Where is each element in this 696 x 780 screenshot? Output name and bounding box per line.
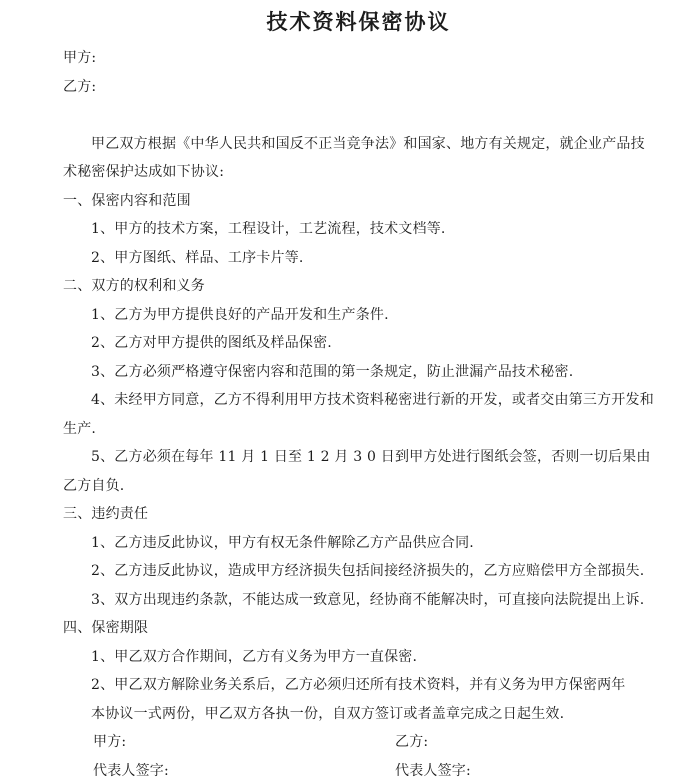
clause-2-2: 2、乙方对甲方提供的图纸及样品保密.: [63, 329, 654, 358]
blank-line: [63, 101, 654, 130]
clause-3-1: 1、乙方违反此协议，甲方有权无条件解除乙方产品供应合同.: [63, 529, 654, 558]
clause-3-3: 3、双方出现违约条款，不能达成一致意见，经协商不能解决时，可直接向法院提出上诉.: [63, 586, 654, 615]
document-title: 技术资料保密协议: [63, 6, 654, 38]
clause-2-5: 5、乙方必须在每年 11 月 1 日至 1 2 月 3 0 日到甲方处进行图纸会…: [63, 443, 654, 500]
section-2-heading: 二、双方的权利和义务: [63, 272, 654, 301]
closing-line: 本协议一式两份，甲乙双方各执一份，自双方签订或者盖章完成之日起生效.: [63, 700, 654, 729]
clause-4-1: 1、甲乙双方合作期间，乙方有义务为甲方一直保密.: [63, 643, 654, 672]
signature-parties-row: 甲方: 乙方:: [63, 728, 654, 757]
section-1-heading: 一、保密内容和范围: [63, 187, 654, 216]
party-a-label: 甲方:: [63, 44, 654, 73]
clause-2-4: 4、未经甲方同意，乙方不得利用甲方技术资料秘密进行新的开发，或者交由第三方开发和…: [63, 386, 654, 443]
party-b-label: 乙方:: [63, 73, 654, 102]
clause-2-3: 3、乙方必须严格遵守保密内容和范围的第一条规定，防止泄漏产品技术秘密.: [63, 358, 654, 387]
signature-rep-b-label: 代表人签字:: [395, 757, 471, 780]
document-page: 技术资料保密协议 甲方: 乙方: 甲乙双方根据《中华人民共和国反不正当竞争法》和…: [0, 0, 696, 780]
clause-1-2: 2、甲方图纸、样品、工序卡片等.: [63, 244, 654, 273]
signature-representatives-row: 代表人签字: 代表人签字:: [63, 757, 654, 780]
section-4-heading: 四、保密期限: [63, 614, 654, 643]
signature-party-b-label: 乙方:: [395, 728, 428, 757]
signature-party-a-label: 甲方:: [93, 728, 395, 757]
signature-rep-a-label: 代表人签字:: [93, 757, 395, 780]
section-3-heading: 三、违约责任: [63, 500, 654, 529]
clause-1-1: 1、甲方的技术方案，工程设计，工艺流程，技术文档等.: [63, 215, 654, 244]
clause-4-2: 2、甲乙双方解除业务关系后，乙方必须归还所有技术资料，并有义务为甲方保密两年: [63, 671, 654, 700]
clause-3-2: 2、乙方违反此协议，造成甲方经济损失包括间接经济损失的，乙方应赔偿甲方全部损失.: [63, 557, 654, 586]
intro-paragraph: 甲乙双方根据《中华人民共和国反不正当竞争法》和国家、地方有关规定，就企业产品技术…: [63, 130, 654, 187]
clause-2-1: 1、乙方为甲方提供良好的产品开发和生产条件.: [63, 301, 654, 330]
